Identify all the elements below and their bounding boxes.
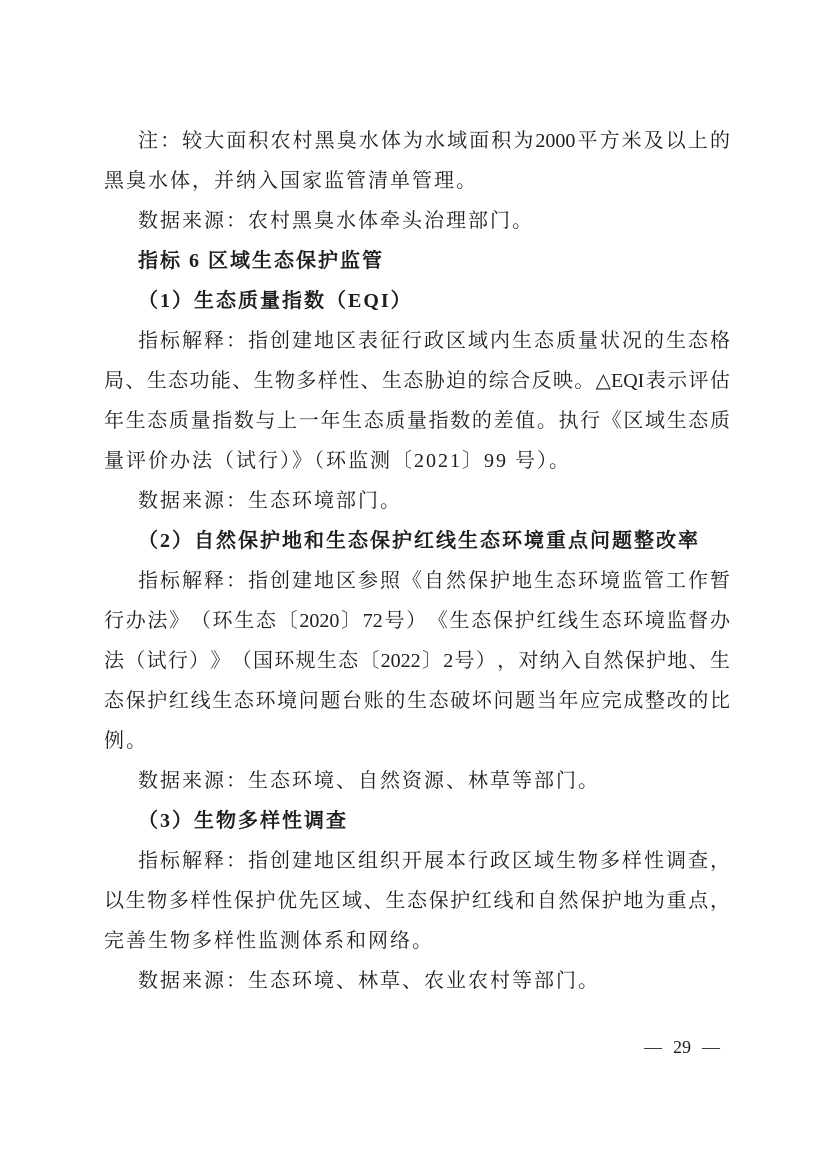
text-token: 试 [147,641,167,681]
text-line: 数据来源：农村黑臭水体牵头治理部门。 [104,201,730,241]
text-token: 为 [513,121,533,161]
text-token: 大 [204,121,224,161]
text-line: 以生物多样性保护优先区域、生态保护红线和自然保护地为重点， [104,881,730,921]
text-token: 法 [147,601,167,641]
text-token: 开 [402,841,422,881]
text-token: 政 [490,841,510,881]
text-token: 组 [358,841,378,881]
body-paragraph: 数据来源：生态环境、林草、农业农村等部门。 [104,961,730,1001]
text-token: 生 [580,601,600,641]
text-token: 保 [234,881,254,921]
text-token: 年 [104,401,124,441]
text-token: 点 [688,881,708,921]
text-token: 域 [342,881,362,921]
text-token: 比 [710,681,730,721]
text-line: 指标解释：指创建地区表征行政区域内生态质量状况的生态格 [104,321,730,361]
text-token: 然 [558,881,578,921]
text-line: 行办法》（环生态〔2020〕72号）《生态保护红线生态环境监督办 [104,601,730,641]
text-token: 生 [342,401,362,441]
text-token: ， [497,641,517,681]
text-token: 境 [600,561,620,601]
text-token: 映 [553,361,573,401]
text-token: 破 [450,681,470,721]
text-token: 积 [491,121,511,161]
text-token: 质 [169,401,189,441]
text-token: 较 [182,121,202,161]
text-token: 红 [169,681,189,721]
text-token: 保 [625,641,645,681]
text-line: 年生态质量指数与上一年生态质量指数的差值。执行《区域生态质 [104,401,730,441]
text-token: 值 [515,401,535,441]
text-token: 多 [169,881,189,921]
text-token: 样 [191,881,211,921]
text-line: 例。 [104,721,730,761]
text-token: 护 [255,881,275,921]
text-token: 物 [275,361,295,401]
text-token: 然 [446,561,466,601]
text-token: （ [125,641,145,681]
text-token: 生 [254,361,274,401]
text-token: 量 [578,321,598,361]
text-token: 态 [256,601,276,641]
text-token: 上 [688,121,708,161]
text-token: 生 [317,641,337,681]
text-token: 黑 [315,121,335,161]
text-line: 黑臭水体，并纳入国家监管清单管理。 [104,161,730,201]
text-token: 改 [667,681,687,721]
text-token: 村 [293,121,313,161]
text-token: 解 [182,561,202,601]
text-token: 性 [212,881,232,921]
text-token: 量 [407,401,427,441]
text-token: 创 [270,841,290,881]
text-token: 方 [600,121,620,161]
text-token: ） [476,641,496,681]
text-token: 72 [363,601,383,641]
text-token: 行 [468,841,488,881]
text-token: 台 [342,681,362,721]
text-token: 面 [226,121,246,161]
text-token: 生 [666,321,686,361]
text-token: 标 [160,561,180,601]
text-token: 区 [512,841,532,881]
body-paragraph: 数据来源：农村黑臭水体牵头治理部门。 [104,201,730,241]
text-token: 及 [644,121,664,161]
text-token: 释 [204,321,224,361]
text-token: 〕 [341,601,361,641]
text-token: 合 [510,361,530,401]
text-token: 区 [336,321,356,361]
text-token: 行 [104,601,124,641]
text-token: 行 [168,641,188,681]
text-token: 保 [493,601,513,641]
text-token: 一 [299,401,319,441]
text-token: 质 [710,401,730,441]
text-token: 监 [667,601,687,641]
section-heading: （3）生物多样性调查 [104,801,730,841]
text-token: 执 [558,401,578,441]
text-token: 照 [380,561,400,601]
text-token: ， [710,841,730,881]
text-token: 护 [450,881,470,921]
text-token: 生 [382,361,402,401]
body-paragraph: 数据来源：生态环境部门。 [104,481,730,521]
text-token: 态 [688,321,708,361]
text-token: 线 [191,681,211,721]
text-token: 物 [147,881,167,921]
text-token: 态 [168,361,188,401]
text-token: 标 [160,841,180,881]
text-token: 物 [578,841,598,881]
text-token: 、 [232,361,252,401]
text-token: 指 [138,321,158,361]
text-token: △EQI [596,361,645,401]
text-token: 建 [292,841,312,881]
text-token: 线 [494,881,514,921]
text-token: 管 [644,561,664,601]
text-token: 年 [558,681,578,721]
text-token: 性 [339,361,359,401]
text-token: 、 [361,361,381,401]
text-token: 督 [688,601,708,641]
text-token: 重 [667,881,687,921]
text-token: 护 [147,681,167,721]
text-token: 题 [515,681,535,721]
text-token: 工 [666,561,686,601]
text-token: 本 [446,841,466,881]
text-token: 态 [407,881,427,921]
text-token: 态 [601,601,621,641]
text-token: 创 [270,561,290,601]
text-token: 状 [600,321,620,361]
body-paragraph: 指标解释：指创建地区组织开展本行政区域生物多样性调查，以生物多样性保护优先区域、… [104,841,730,961]
text-token: 多 [296,361,316,401]
text-token: 功 [190,361,210,401]
text-token: 差 [494,401,514,441]
document-page: { "page": { "background_color": "#ffffff… [0,0,826,1169]
text-token: 米 [622,121,642,161]
text-token: 格 [710,321,730,361]
text-token: 办 [126,601,146,641]
text-token: 〕 [422,641,442,681]
text-token: 坏 [472,681,492,721]
text-token: 样 [622,841,642,881]
text-token: 区 [336,561,356,601]
text-token: 环 [255,681,275,721]
text-token: 环 [274,641,294,681]
text-token: 态 [471,601,491,641]
text-token: 指 [138,561,158,601]
text-token: ） [189,641,209,681]
text-token: 织 [380,841,400,881]
text-token: 的 [644,321,664,361]
text-line: 指标解释：指创建地区组织开展本行政区域生物多样性调查， [104,841,730,881]
text-token: 地 [667,641,687,681]
text-token: 题 [320,681,340,721]
text-token: ： [226,841,246,881]
text-token: ） [406,601,426,641]
text-token: 面 [469,121,489,161]
text-token: 况 [622,321,642,361]
text-token: 区 [623,401,643,441]
text-token: 态 [403,361,423,401]
text-token: 质 [385,401,405,441]
text-token: 行 [580,401,600,441]
text-token: 的 [385,681,405,721]
text-token: 纳 [540,641,560,681]
text-token: 《 [428,601,448,641]
text-token: 的 [467,361,487,401]
text-token: 和 [515,881,535,921]
text-token: 年 [320,401,340,441]
text-token: 态 [338,641,358,681]
text-token: 《 [602,401,622,441]
text-token: 、 [689,641,709,681]
text-line: 数据来源：生态环境、林草、农业农村等部门。 [104,961,730,1001]
text-token: 自 [537,881,557,921]
text-token: 2000 [535,121,575,161]
text-token: 红 [536,601,556,641]
footer-right-dash: — [702,1037,720,1058]
text-token: 生 [512,321,532,361]
text-line: 局、生态功能、生物多样性、生态胁迫的综合反映。△EQI表示评估 [104,361,730,401]
text-token: 指 [429,401,449,441]
text-token: ： [226,561,246,601]
text-token: 成 [623,681,643,721]
text-token: 生 [385,881,405,921]
text-token: 内 [490,321,510,361]
text-token: 完 [602,681,622,721]
text-token: 局 [104,361,124,401]
text-token: 数 [234,401,254,441]
text-token: 生 [147,361,167,401]
text-token: 护 [490,561,510,601]
text-token: 的 [688,681,708,721]
text-token: 数 [450,401,470,441]
text-token: 问 [494,681,514,721]
text-token: 以 [666,121,686,161]
text-token: 保 [580,881,600,921]
text-token: 评 [688,361,708,401]
text-token: 生 [407,681,427,721]
text-token: 〔 [359,641,379,681]
text-token: 地 [512,561,532,601]
text-token: 生 [450,601,470,641]
text-token: 与 [255,401,275,441]
text-token: 注 [138,121,158,161]
text-token: 、 [125,361,145,401]
text-token: 护 [602,881,622,921]
text-token: 的 [472,401,492,441]
text-token: 护 [515,601,535,641]
text-token: 态 [534,321,554,361]
text-token: 。 [537,401,557,441]
text-token: 态 [688,401,708,441]
text-token: 展 [424,841,444,881]
text-token: 整 [645,681,665,721]
text-token: 指 [138,841,158,881]
text-token: 2 [443,641,453,681]
text-token: 办 [710,601,730,641]
text-token: 地 [314,561,334,601]
text-token: 、 [364,881,384,921]
text-token: 建 [292,321,312,361]
text-token: 域 [645,401,665,441]
text-token: 当 [537,681,557,721]
text-token: ： [226,321,246,361]
text-token: 水 [425,121,445,161]
section-heading: 指标 6 区域生态保护监管 [104,241,730,281]
text-token: 保 [468,561,488,601]
text-token: 域 [447,121,467,161]
text-token: 解 [182,841,202,881]
text-token: 2022 [381,641,421,681]
text-token: 体 [381,121,401,161]
text-token: 线 [558,601,578,641]
text-token: 账 [364,681,384,721]
text-token: 生 [212,681,232,721]
text-line: 完善生物多样性监测体系和网络。 [104,921,730,961]
text-token: 生 [710,641,730,681]
text-token: 保 [126,681,146,721]
text-token: 解 [182,321,202,361]
text-token: （ [232,641,252,681]
text-token: 水 [359,121,379,161]
text-line: 指标解释：指创建地区参照《自然保护地生态环境监管工作暂 [104,561,730,601]
text-token: 先 [299,881,319,921]
text-token: 的 [710,121,730,161]
text-line: （3）生物多样性调查 [104,801,730,841]
text-token: 暂 [710,561,730,601]
text-line: 量评价办法（试行）》（环监测〔2021〕99 号）。 [104,441,730,481]
text-token: 能 [211,361,231,401]
text-token: 释 [204,561,224,601]
text-token: 护 [646,641,666,681]
text-token: 态 [147,401,167,441]
text-token: 性 [644,841,664,881]
page-footer: — 29 — [644,1034,720,1060]
text-token: 生 [234,601,254,641]
text-token: 创 [270,321,290,361]
text-token: 积 [248,121,268,161]
text-token: 表 [646,361,666,401]
text-token: 征 [380,321,400,361]
text-token: 号 [384,601,404,641]
text-token: 生 [126,881,146,921]
text-token: 估 [710,361,730,401]
text-token: 态 [364,401,384,441]
text-line: （1）生态质量指数（EQI） [104,281,730,321]
text-token: 国 [253,641,273,681]
text-token: 臭 [337,121,357,161]
text-token: 2020 [299,601,339,641]
text-token: 指 [248,321,268,361]
text-line: 注：较大面积农村黑臭水体为水域面积为2000平方米及以上的 [104,121,730,161]
text-token: 环 [578,561,598,601]
text-token: 环 [623,601,643,641]
text-token: 综 [489,361,509,401]
text-token: 行 [402,321,422,361]
text-token: 自 [424,561,444,601]
text-token: 环 [213,601,233,641]
text-token: 入 [561,641,581,681]
text-token: 建 [292,561,312,601]
text-line: 态保护红线生态环境问题台账的生态破坏问题当年应完成整改的比 [104,681,730,721]
text-token: 法 [104,641,124,681]
text-token: 生 [534,561,554,601]
text-token: 红 [472,881,492,921]
text-token: ， [710,881,730,921]
text-token: 胁 [425,361,445,401]
text-token: 上 [277,401,297,441]
text-token: 调 [666,841,686,881]
text-token: （ [191,601,211,641]
text-token: 态 [234,681,254,721]
text-token: 态 [556,561,576,601]
text-token: 参 [358,561,378,601]
text-token: 问 [299,681,319,721]
text-line: 数据来源：生态环境部门。 [104,481,730,521]
body-paragraph: 指标解释：指创建地区参照《自然保护地生态环境监管工作暂行办法》（环生态〔2020… [104,561,730,761]
text-token: 标 [160,321,180,361]
text-token: 自 [582,641,602,681]
text-token: 优 [277,881,297,921]
text-token: 样 [318,361,338,401]
text-token: 应 [580,681,600,721]
text-token: 域 [534,841,554,881]
text-token: 多 [600,841,620,881]
text-token: 地 [314,321,334,361]
text-token: 平 [577,121,597,161]
text-token: 生 [126,401,146,441]
document-body: 注：较大面积农村黑臭水体为水域面积为2000平方米及以上的黑臭水体，并纳入国家监… [104,121,730,1001]
text-token: 为 [403,121,423,161]
text-token: ： [160,121,180,161]
text-token: 态 [429,681,449,721]
text-token: 〔 [278,601,298,641]
text-token: 态 [104,681,124,721]
text-token: 为 [645,881,665,921]
text-token: 地 [623,881,643,921]
body-paragraph: 指标解释：指创建地区表征行政区域内生态质量状况的生态格局、生态功能、生物多样性、… [104,321,730,481]
text-token: 《 [402,561,422,601]
text-token: 对 [518,641,538,681]
section-heading: （1）生态质量指数（EQI） [104,281,730,321]
text-token: 保 [429,881,449,921]
text-token: 农 [270,121,290,161]
text-token: 指 [212,401,232,441]
text-token: 区 [320,881,340,921]
text-token: 境 [277,681,297,721]
body-paragraph: 注：较大面积农村黑臭水体为水域面积为2000平方米及以上的黑臭水体，并纳入国家监… [104,121,730,201]
text-token: 》 [210,641,230,681]
text-token: 生 [556,841,576,881]
text-token: 迫 [446,361,466,401]
text-token: 地 [314,841,334,881]
footer-left-dash: — [644,1037,662,1058]
text-token: 然 [603,641,623,681]
text-token: 区 [446,321,466,361]
page-number: 29 [673,1037,691,1058]
text-token: 查 [688,841,708,881]
text-token: 量 [191,401,211,441]
text-token: 监 [622,561,642,601]
text-token: 质 [556,321,576,361]
text-token: 区 [336,841,356,881]
text-token: 。 [574,361,594,401]
text-token: 反 [532,361,552,401]
text-token: 规 [296,641,316,681]
